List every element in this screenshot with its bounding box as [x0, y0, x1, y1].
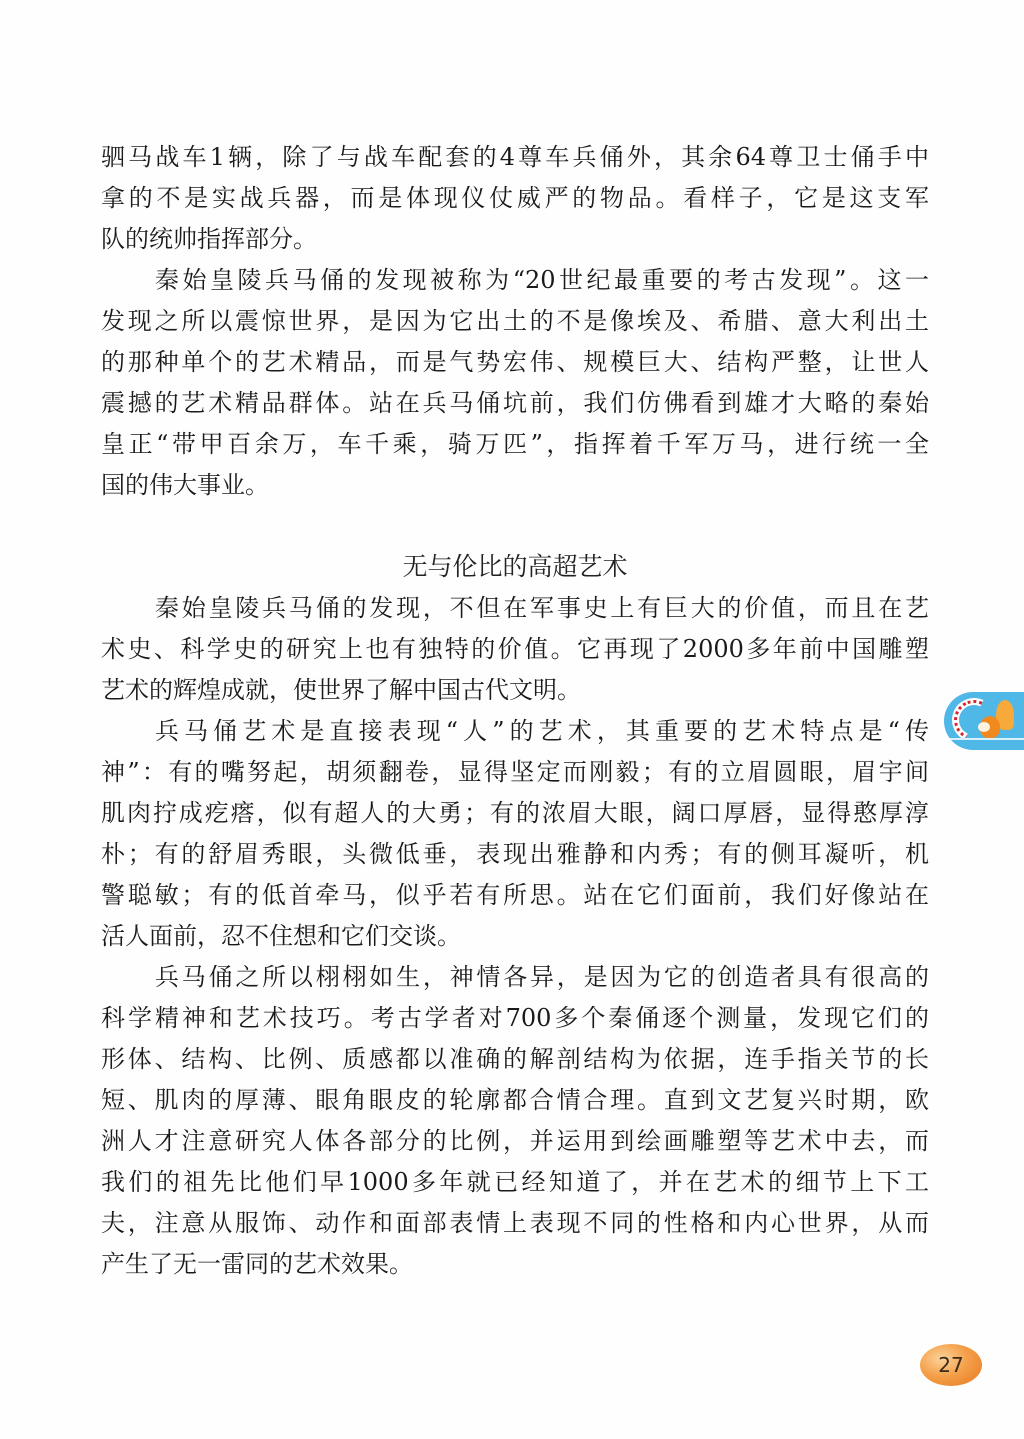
paragraph-line: 我们的祖先比他们早1000多年就已经知道了，并在艺术的细节上下工	[101, 1162, 929, 1203]
paragraph-line: 产生了无一雷同的艺术效果。	[101, 1244, 929, 1285]
paragraph-line: 科学精神和艺术技巧。考古学者对700多个秦俑逐个测量，发现它们的	[101, 998, 929, 1039]
paragraph-line: 警聪敏；有的低首牵马，似乎若有所思。站在它们面前，我们好像站在	[101, 875, 929, 916]
paragraph-line: 驷马战车1辆，除了与战车配套的4尊车兵俑外，其余64尊卫士俑手中	[101, 137, 929, 178]
paragraph-line: 震撼的艺术精品群体。站在兵马俑坑前，我们仿佛看到雄才大略的秦始	[101, 383, 929, 424]
paragraph-line: 艺术的辉煌成就，使世界了解中国古代文明。	[101, 670, 929, 711]
paragraph-line: 队的统帅指挥部分。	[101, 219, 929, 260]
paragraph-line: 秦始皇陵兵马俑的发现被称为“20世纪最重要的考古发现”。这一	[155, 260, 929, 301]
paragraph-line: 发现之所以震惊世界，是因为它出土的不是像埃及、希腊、意大利出土	[101, 301, 929, 342]
page-number-badge: 27	[920, 1344, 982, 1386]
paragraph-line: 形体、结构、比例、质感都以准确的解剖结构为依据，连手指关节的长	[101, 1039, 929, 1080]
squirrel-face-icon	[978, 722, 990, 732]
paragraph-line: 洲人才注意研究人体各部分的比例，并运用到绘画雕塑等艺术中去，而	[101, 1121, 929, 1162]
paragraph-line: 的那种单个的艺术精品，而是气势宏伟、规模巨大、结构严整，让世人	[101, 342, 929, 383]
paragraph-line: 兵马俑艺术是直接表现“人”的艺术，其重要的艺术特点是“传	[155, 711, 929, 752]
paragraph-line: 朴；有的舒眉秀眼，头微低垂，表现出雅静和内秀；有的侧耳凝听，机	[101, 834, 929, 875]
paragraph-line: 夫，注意从服饰、动作和面部表情上表现不同的性格和内心世界，从而	[101, 1203, 929, 1244]
paragraph-line: 术史、科学史的研究上也有独特的价值。它再现了2000多年前中国雕塑	[101, 629, 929, 670]
paragraph-line: 肌肉拧成疙瘩，似有超人的大勇；有的浓眉大眼，阔口厚唇，显得憨厚淳	[101, 793, 929, 834]
paragraph-line: 皇正“带甲百余万，车千乘，骑万匹”，指挥着千军万马，进行统一全	[101, 424, 929, 465]
paragraph-line: 国的伟大事业。	[101, 465, 929, 506]
chapter-side-tab	[944, 692, 1024, 750]
tab-stripe	[944, 738, 1024, 740]
paragraph-line: 秦始皇陵兵马俑的发现，不但在军事史上有巨大的价值，而且在艺	[155, 588, 929, 629]
paragraph-line: 拿的不是实战兵器，而是体现仪仗威严的物品。看样子，它是这支军	[101, 178, 929, 219]
paragraph-line: 神”：有的嘴努起，胡须翻卷，显得坚定而刚毅；有的立眉圆眼，眉宇间	[101, 752, 929, 793]
paragraph-line: 短、肌肉的厚薄、眼角眼皮的轮廓都合情合理。直到文艺复兴时期，欧	[101, 1080, 929, 1121]
paragraph-line: 活人面前，忍不住想和它们交谈。	[101, 916, 929, 957]
paragraph-line: 兵马俑之所以栩栩如生，神情各异，是因为它的创造者具有很高的	[155, 957, 929, 998]
textbook-page: 驷马战车1辆，除了与战车配套的4尊车兵俑外，其余64尊卫士俑手中 拿的不是实战兵…	[0, 0, 1024, 1439]
section-heading: 无与伦比的高超艺术	[0, 547, 1024, 587]
